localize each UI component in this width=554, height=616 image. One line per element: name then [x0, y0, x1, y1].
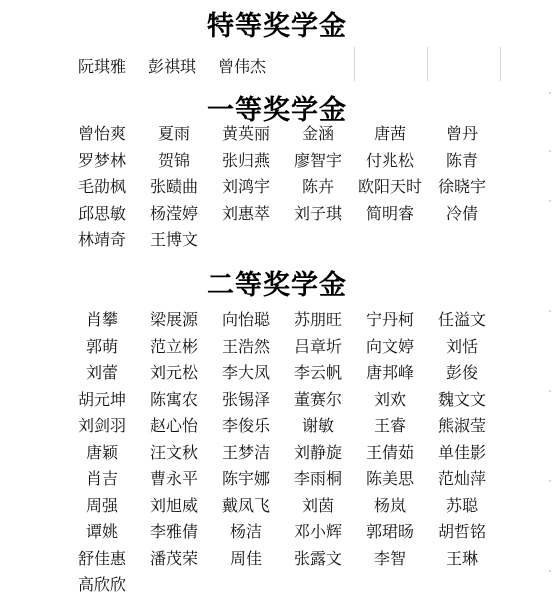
name-item: 李雨桐 — [282, 467, 354, 491]
edge-dot — [549, 92, 551, 94]
name-item: 张赜曲 — [138, 175, 210, 199]
section-title-special: 特等奖学金 — [0, 4, 554, 43]
name-item: 夏雨 — [138, 122, 210, 146]
name-item: 张露文 — [282, 547, 354, 571]
name-item: 彭俊 — [426, 361, 498, 385]
name-item: 李俊乐 — [210, 414, 282, 438]
name-item: 毛劭枫 — [66, 175, 138, 199]
name-item: 苏聪 — [426, 494, 498, 518]
name-item: 董赛尔 — [282, 388, 354, 412]
edge-dot — [549, 310, 551, 312]
name-item: 曹永平 — [138, 467, 210, 491]
name-item: 陈宇娜 — [210, 467, 282, 491]
name-item: 潘茂荣 — [138, 547, 210, 571]
name-item: 王梦洁 — [210, 441, 282, 465]
name-item: 曾伟杰 — [206, 55, 278, 79]
name-item: 李大凤 — [210, 361, 282, 385]
edge-dot — [549, 150, 551, 152]
name-item: 刘欢 — [354, 388, 426, 412]
name-item: 戴凤飞 — [210, 494, 282, 518]
name-item: 欧阳天时 — [354, 175, 426, 199]
name-item: 唐邦峰 — [354, 361, 426, 385]
name-item: 高欣欣 — [66, 573, 138, 597]
name-item: 谭姚 — [66, 520, 138, 544]
name-item: 周佳 — [210, 547, 282, 571]
name-item: 周强 — [66, 494, 138, 518]
edge-dot — [549, 200, 551, 202]
name-item: 刘惠萃 — [210, 202, 282, 226]
name-item: 范立彬 — [138, 335, 210, 359]
name-item: 舒佳惠 — [66, 547, 138, 571]
name-item: 任溢文 — [426, 308, 498, 332]
name-item: 冷倩 — [426, 202, 498, 226]
edge-dot — [549, 390, 551, 392]
divider-line — [427, 47, 428, 81]
name-item: 廖智宇 — [282, 149, 354, 173]
name-item: 金涵 — [282, 122, 354, 146]
name-item: 黄英丽 — [210, 122, 282, 146]
name-item: 郭萌 — [66, 335, 138, 359]
name-item: 王琳 — [426, 547, 498, 571]
divider-line — [354, 47, 355, 81]
name-item: 曾丹 — [426, 122, 498, 146]
name-item: 刘子琪 — [282, 202, 354, 226]
name-item: 郭珺旸 — [354, 520, 426, 544]
name-item: 付兆松 — [354, 149, 426, 173]
name-item: 向怡聪 — [210, 308, 282, 332]
name-item: 肖攀 — [66, 308, 138, 332]
name-item: 胡哲铭 — [426, 520, 498, 544]
name-item: 赵心怡 — [138, 414, 210, 438]
name-item: 胡元坤 — [66, 388, 138, 412]
edge-dot — [549, 480, 551, 482]
name-item: 刘茵 — [282, 494, 354, 518]
name-item: 张归燕 — [210, 149, 282, 173]
name-item: 肖吉 — [66, 467, 138, 491]
name-item: 杨洁 — [210, 520, 282, 544]
name-item: 梁展源 — [138, 308, 210, 332]
name-item: 刘旭威 — [138, 494, 210, 518]
name-item: 宁丹柯 — [354, 308, 426, 332]
name-item: 唐颖 — [66, 441, 138, 465]
name-item: 魏文文 — [426, 388, 498, 412]
name-item: 林靖奇 — [66, 228, 138, 252]
divider-line — [500, 47, 501, 81]
name-item: 熊淑莹 — [426, 414, 498, 438]
name-item: 彭祺琪 — [136, 55, 208, 79]
special-names-row: 阮琪雅 彭祺琪 曾伟杰 — [68, 55, 508, 79]
name-item: 张锡泽 — [210, 388, 282, 412]
name-item: 范灿萍 — [426, 467, 498, 491]
name-item: 刘蕾 — [66, 361, 138, 385]
name-item: 罗梦林 — [66, 149, 138, 173]
name-item: 谢敏 — [282, 414, 354, 438]
name-item: 单佳影 — [426, 441, 498, 465]
edge-dot — [549, 570, 551, 572]
name-item: 王睿 — [354, 414, 426, 438]
name-item: 陈寓农 — [138, 388, 210, 412]
name-item: 王博文 — [138, 228, 210, 252]
name-item: 阮琪雅 — [66, 55, 138, 79]
name-item: 陈青 — [426, 149, 498, 173]
name-item: 陈卉 — [282, 175, 354, 199]
name-item: 汪文秋 — [138, 441, 210, 465]
name-item: 刘剑羽 — [66, 414, 138, 438]
name-item: 苏朋旺 — [282, 308, 354, 332]
name-item: 简明睿 — [354, 202, 426, 226]
name-item: 杨滢婷 — [138, 202, 210, 226]
name-item: 李云帆 — [282, 361, 354, 385]
name-item: 李雅倩 — [138, 520, 210, 544]
name-item: 贺锦 — [138, 149, 210, 173]
name-item: 邱思敏 — [66, 202, 138, 226]
name-item: 刘鸿宇 — [210, 175, 282, 199]
name-item: 唐茜 — [354, 122, 426, 146]
name-item: 王倩茹 — [354, 441, 426, 465]
name-item: 徐晓宇 — [426, 175, 498, 199]
section-title-second: 二等奖学金 — [0, 263, 554, 302]
name-item: 李智 — [354, 547, 426, 571]
name-item: 刘元松 — [138, 361, 210, 385]
name-item: 杨岚 — [354, 494, 426, 518]
name-item: 邓小辉 — [282, 520, 354, 544]
name-item: 刘恬 — [426, 335, 498, 359]
name-item: 曾怡爽 — [66, 122, 138, 146]
name-item: 王浩然 — [210, 335, 282, 359]
name-item: 向文婷 — [354, 335, 426, 359]
name-item: 刘静旋 — [282, 441, 354, 465]
name-item: 陈美思 — [354, 467, 426, 491]
name-item: 吕章圻 — [282, 335, 354, 359]
